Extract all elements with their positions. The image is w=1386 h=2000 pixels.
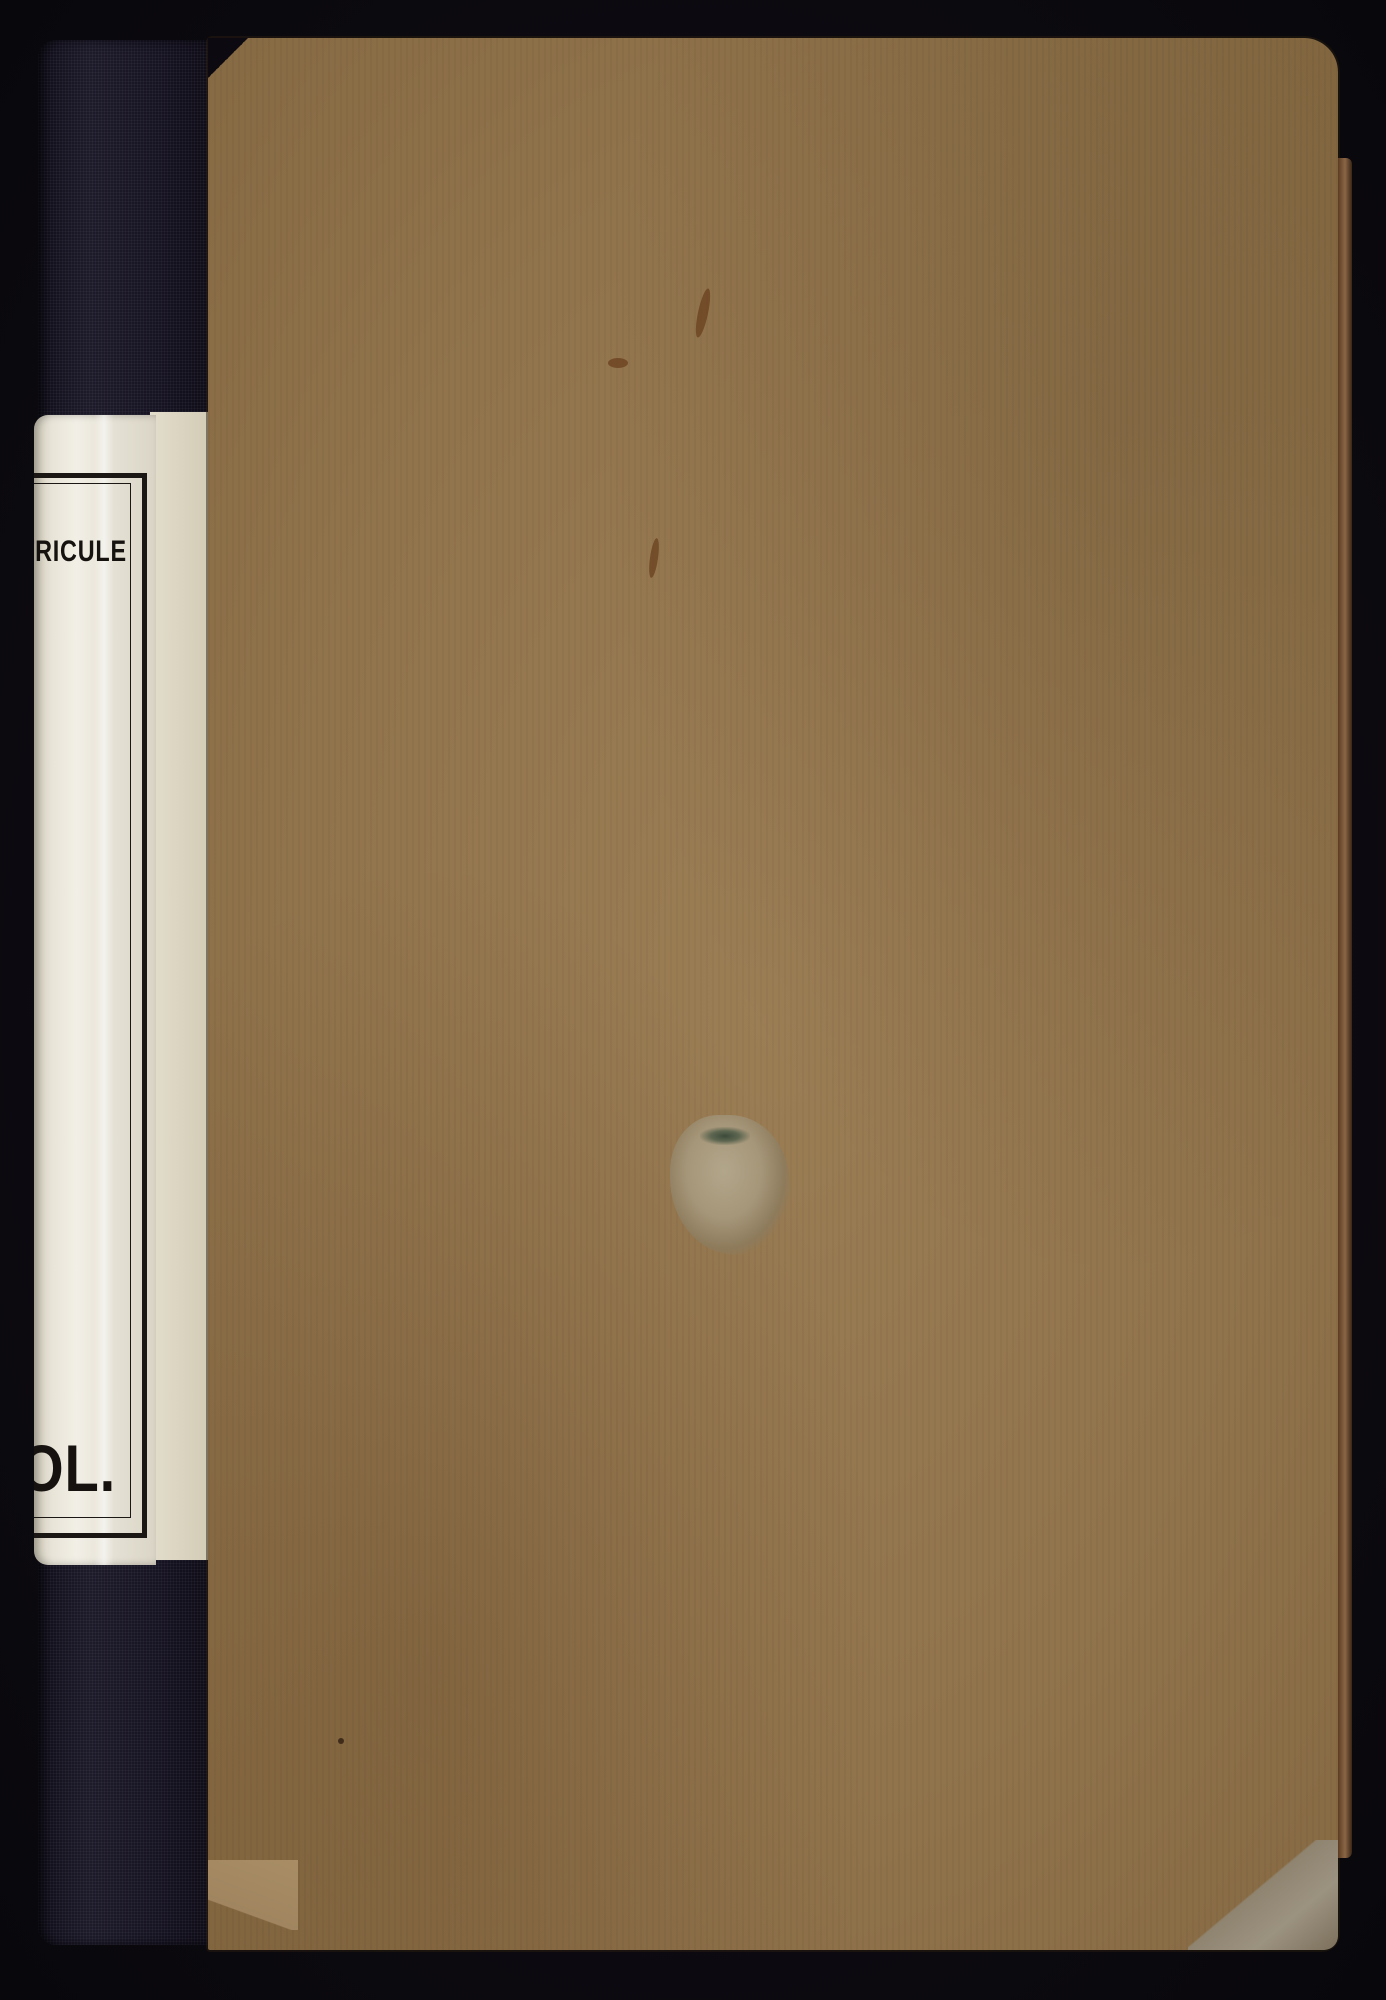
center-stain [670, 1115, 790, 1255]
spine-label-flap [150, 412, 212, 1560]
label-frame-inner [34, 483, 131, 1518]
cover-bottom-right-torn-corner [1188, 1840, 1338, 1950]
stain-mark [608, 358, 628, 368]
cover-top-left-fold [208, 38, 248, 78]
spine-label-title: TRICULE [34, 535, 127, 569]
stain-mark [693, 288, 713, 339]
spine-label-volume: OL. [34, 1430, 116, 1506]
front-cover [208, 38, 1338, 1950]
spine-label: TRICULE OL. [34, 415, 156, 1565]
cover-bottom-left-fold [208, 1860, 298, 1930]
mold-spot [700, 1127, 750, 1145]
stain-mark [338, 1738, 344, 1744]
cover-right-edge [1338, 158, 1352, 1858]
stain-mark [647, 538, 660, 579]
